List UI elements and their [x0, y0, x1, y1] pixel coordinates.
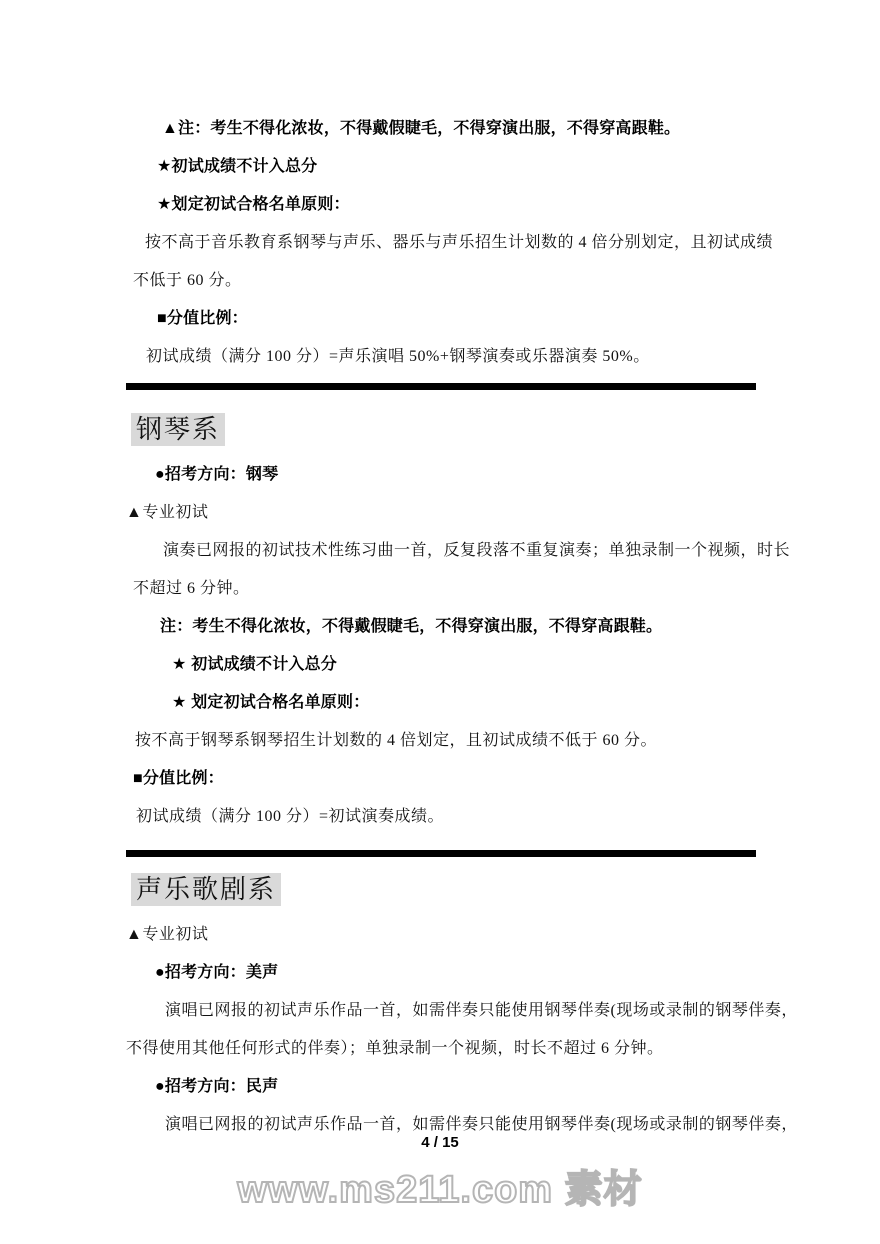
star-item: ★ 划定初试合格名单原则： [126, 681, 756, 719]
star-item: ★初试成绩不计入总分 [126, 145, 756, 183]
body-text-line: 不低于 60 分。 [126, 259, 756, 297]
score-formula-line: 初试成绩（满分 100 分）=声乐演唱 50%+钢琴演奏或乐器演奏 50%。 [126, 335, 756, 373]
section-heading-text: 钢琴系 [131, 413, 225, 446]
section-divider [126, 383, 756, 390]
exam-stage-label: ▲专业初试 [126, 491, 756, 529]
note-line: 注：考生不得化浓妆，不得戴假睫毛，不得穿演出服，不得穿高跟鞋。 [126, 605, 756, 643]
section-divider [126, 850, 756, 857]
body-text-line: 按不高于音乐教育系钢琴与声乐、器乐与声乐招生计划数的 4 倍分别划定，且初试成绩 [126, 221, 756, 259]
document-page: ▲注：考生不得化浓妆，不得戴假睫毛，不得穿演出服，不得穿高跟鞋。 ★初试成绩不计… [0, 0, 880, 1244]
score-formula-line: 初试成绩（满分 100 分）=初试演奏成绩。 [126, 795, 756, 833]
star-item: ★划定初试合格名单原则： [126, 183, 756, 221]
admission-direction-line: ●招考方向：民声 [126, 1065, 756, 1103]
score-ratio-label: ■分值比例： [126, 757, 756, 795]
section-heading-vocal-opera: 声乐歌剧系 [126, 873, 756, 906]
body-text-line: 不超过 6 分钟。 [126, 567, 756, 605]
body-text-line: 不得使用其他任何形式的伴奏）；单独录制一个视频，时长不超过 6 分钟。 [126, 1027, 756, 1065]
admission-direction-line: ●招考方向：美声 [126, 951, 756, 989]
star-item: ★ 初试成绩不计入总分 [126, 643, 756, 681]
note-line: ▲注：考生不得化浓妆，不得戴假睫毛，不得穿演出服，不得穿高跟鞋。 [126, 107, 756, 145]
body-text-line: 演奏已网报的初试技术性练习曲一首，反复段落不重复演奏；单独录制一个视频，时长 [126, 529, 756, 567]
score-ratio-label: ■分值比例： [126, 297, 756, 335]
admission-direction-line: ●招考方向：钢琴 [126, 453, 756, 491]
body-text-line: 按不高于钢琴系钢琴招生计划数的 4 倍划定，且初试成绩不低于 60 分。 [126, 719, 756, 757]
watermark: www.ms211.com 素材 [0, 1158, 880, 1213]
body-text-line: 演唱已网报的初试声乐作品一首，如需伴奏只能使用钢琴伴奏(现场或录制的钢琴伴奏， [126, 989, 756, 1027]
page-number: 4 / 15 [0, 1134, 880, 1151]
section-heading-text: 声乐歌剧系 [131, 873, 281, 906]
section-heading-piano: 钢琴系 [126, 413, 756, 446]
document-body: ▲注：考生不得化浓妆，不得戴假睫毛，不得穿演出服，不得穿高跟鞋。 ★初试成绩不计… [126, 107, 756, 1141]
exam-stage-label: ▲专业初试 [126, 913, 756, 951]
